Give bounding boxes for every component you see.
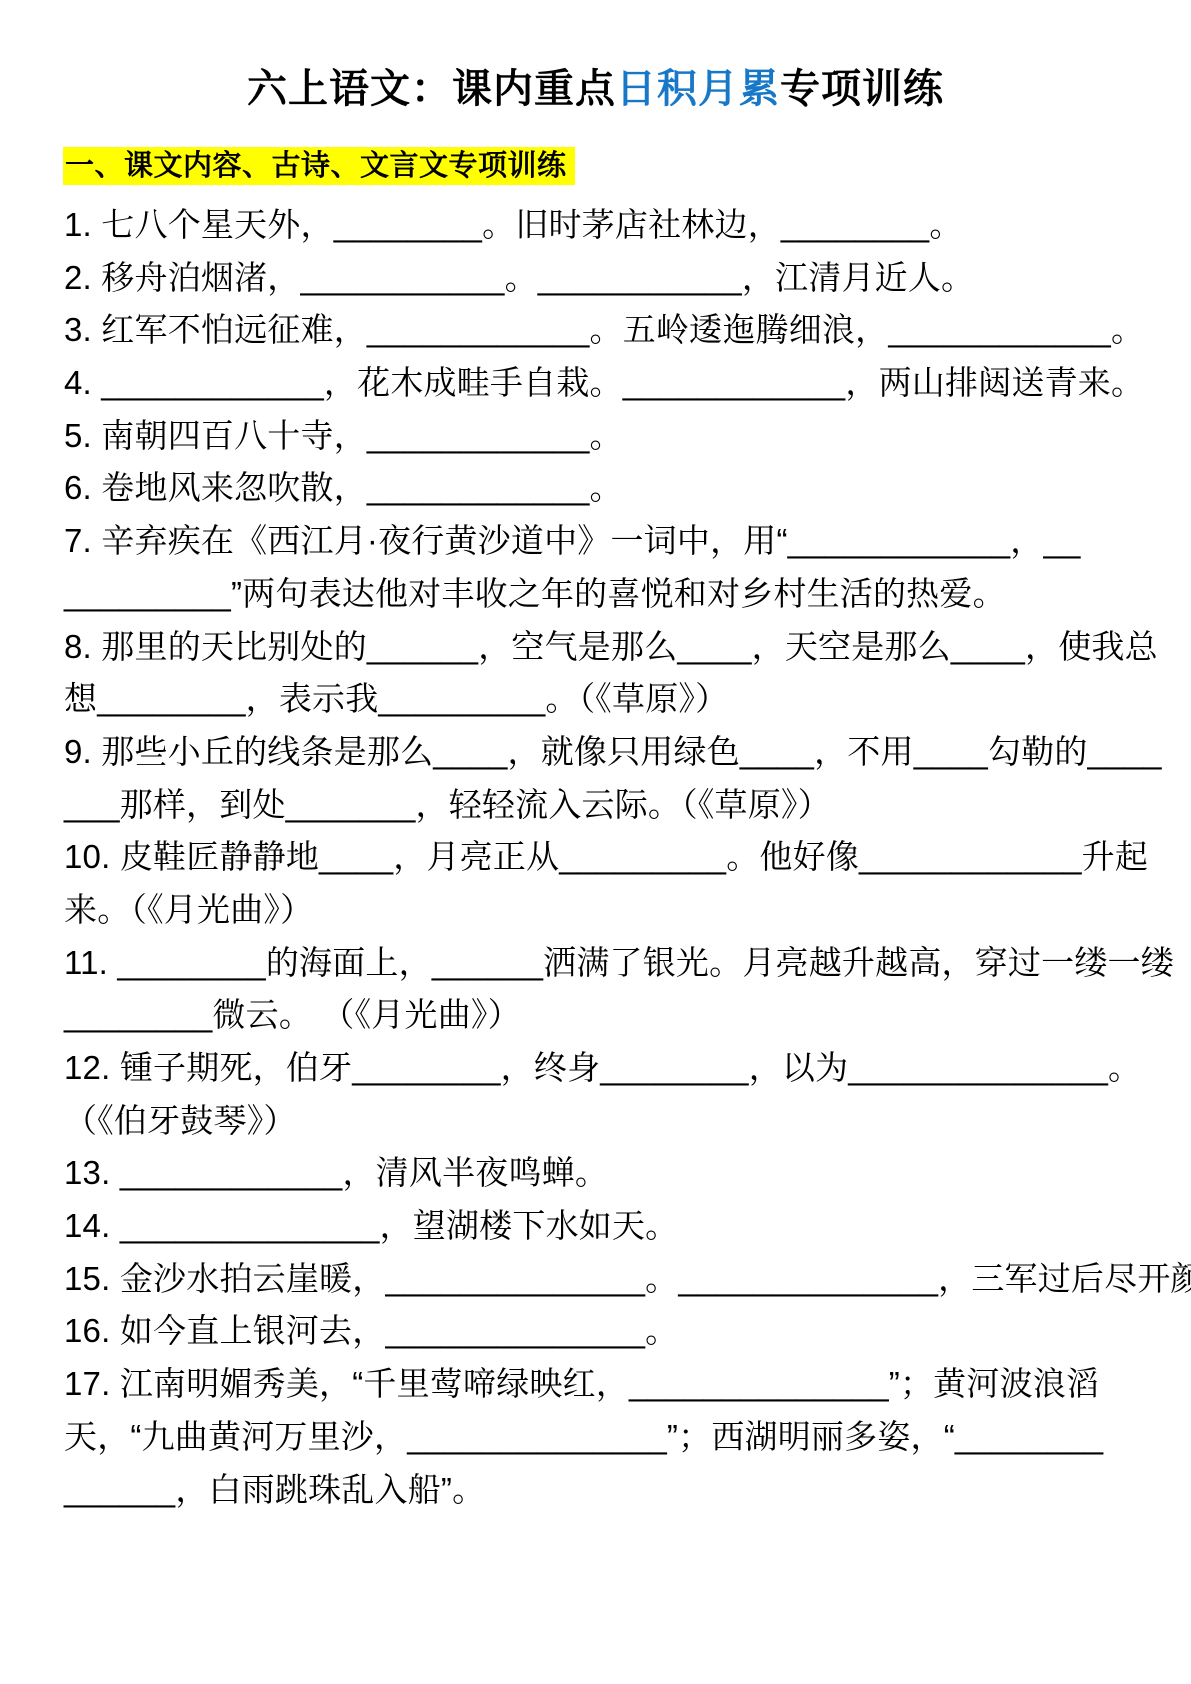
question-line: （《伯牙鼓琴》） [64,1095,1154,1148]
worksheet-page: 六上语文：课内重点日积月累专项训练 一、课文内容、古诗、文言文专项训练 1. 七… [0,0,1191,1684]
question-line: ___那样，到处_______，轻轻流入云际。（《草原》） [64,779,1154,832]
page-title: 六上语文：课内重点日积月累专项训练 [0,64,1191,114]
question-line: 10. 皮鞋匠静静地____，月亮正从_________。他好像________… [64,831,1154,884]
question-line: 4. ____________，花木成畦手自栽。____________，两山排… [64,357,1154,410]
question-line: 来。（《月光曲》） [64,884,1154,937]
question-line: 3. 红军不怕远征难，____________。五岭逶迤腾细浪，________… [64,304,1154,357]
question-line: 7. 辛弃疾在《西江月·夜行黄沙道中》一词中，用“____________，__ [64,515,1154,568]
question-line: 12. 锺子期死，伯牙________，终身________，以为_______… [64,1042,1154,1095]
question-line: _________”两句表达他对丰收之年的喜悦和对乡村生活的热爱。 [64,568,1154,621]
question-line: ______，白雨跳珠乱入船”。 [64,1464,1154,1517]
title-prefix: 六上语文：课内重点 [247,67,616,111]
question-line: 8. 那里的天比别处的______，空气是那么____，天空是那么____，使我… [64,621,1154,674]
question-line: 想________，表示我_________。（《草原》） [64,673,1154,726]
question-line: 17. 江南明媚秀美，“千里莺啼绿映红，______________”；黄河波浪… [64,1358,1154,1411]
title-highlight: 日积月累 [616,67,780,111]
question-lines: 1. 七八个星天外，________。旧时茅店社林边，________。2. 移… [64,199,1154,1516]
question-line: 2. 移舟泊烟渚，___________。___________，江清月近人。 [64,252,1154,305]
question-line: ________微云。 （《月光曲》） [64,989,1154,1042]
question-line: 5. 南朝四百八十寺，____________。 [64,410,1154,463]
title-suffix: 专项训练 [780,67,944,111]
question-line: 16. 如今直上银河去，______________。 [64,1305,1154,1358]
question-line: 天，“九曲黄河万里沙，______________”；西湖明丽多姿，“_____… [64,1411,1154,1464]
section-heading: 一、课文内容、古诗、文言文专项训练 [63,147,575,185]
question-line: 9. 那些小丘的线条是那么____，就像只用绿色____，不用____勾勒的__… [64,726,1154,779]
question-line: 15. 金沙水拍云崖暖，______________。_____________… [64,1253,1154,1306]
question-line: 11. ________的海面上，______洒满了银光。月亮越升越高，穿过一缕… [64,937,1154,990]
question-line: 6. 卷地风来忽吹散，____________。 [64,462,1154,515]
question-line: 14. ______________，望湖楼下水如天。 [64,1200,1154,1253]
question-line: 13. ____________，清风半夜鸣蝉。 [64,1147,1154,1200]
question-line: 1. 七八个星天外，________。旧时茅店社林边，________。 [64,199,1154,252]
